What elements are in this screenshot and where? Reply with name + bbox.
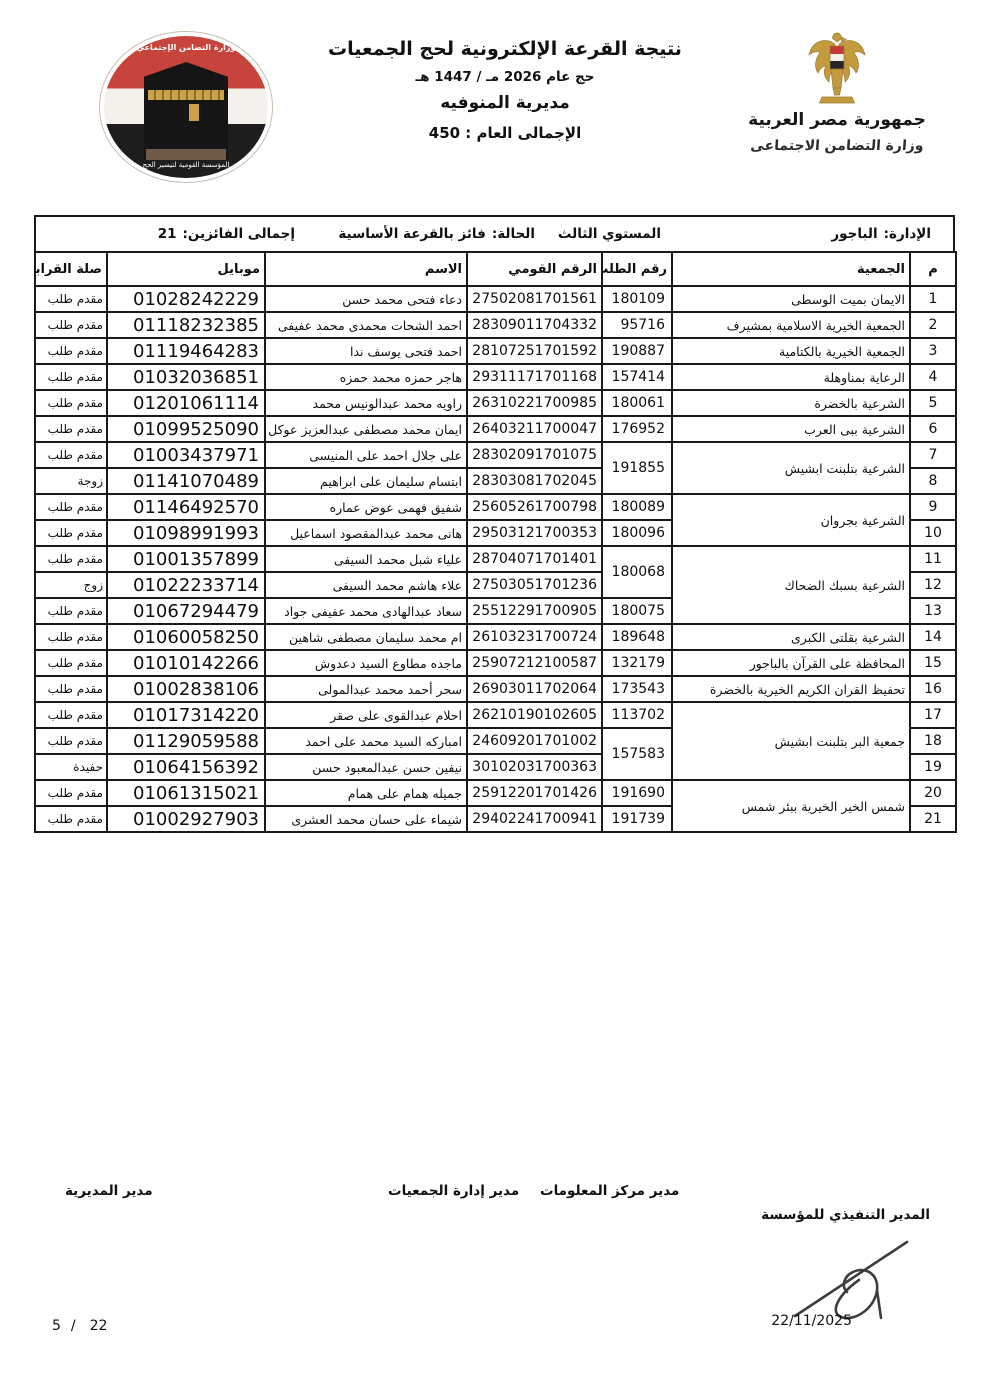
- winners-value: 21: [158, 217, 177, 251]
- name-cell: احمد فتحى يوسف ندا: [265, 338, 467, 364]
- national-id-cell: 27502081701561: [467, 286, 602, 312]
- relation-cell: مقدم طلب: [35, 338, 107, 364]
- page-number: 5: [52, 1318, 61, 1334]
- signature-associations-manager: مدير إدارة الجمعيات: [388, 1183, 519, 1199]
- association-cell: الشرعية بتلبنت ابشيش: [672, 442, 910, 494]
- signature-executive-director: المدير التنفيذي للمؤسسة: [761, 1207, 930, 1223]
- mobile-cell: 01028242229: [107, 286, 265, 312]
- request-number-cell: 180075: [602, 598, 672, 624]
- header-serial: م: [910, 252, 956, 286]
- mobile-cell: 01003437971: [107, 442, 265, 468]
- header-titles: نتيجة القرعة الإلكترونية لحج الجمعيات حج…: [280, 38, 730, 142]
- handwritten-signature: [789, 1228, 917, 1323]
- national-id-cell: 28107251701592: [467, 338, 602, 364]
- national-id-cell: 26210190102605: [467, 702, 602, 728]
- national-id-cell: 25512291700905: [467, 598, 602, 624]
- relation-cell: مقدم طلب: [35, 806, 107, 832]
- name-cell: احلام عبدالقوى على صقر: [265, 702, 467, 728]
- mobile-cell: 01001357899: [107, 546, 265, 572]
- request-number-cell: 190887: [602, 338, 672, 364]
- mobile-cell: 01022233714: [107, 572, 265, 598]
- mobile-cell: 01099525090: [107, 416, 265, 442]
- level-field: المستوي الثالث: [558, 217, 661, 251]
- table-row: 17جمعية البر بتلبنت ابشيش113702262101901…: [35, 702, 956, 728]
- page-indicator: 5/22: [52, 1318, 107, 1334]
- name-cell: ابتسام سليمان على ابراهيم: [265, 468, 467, 494]
- ministry-oval-logo: وزارة التضامن الإجتماعي المؤسسة القومية …: [100, 32, 272, 182]
- relation-cell: مقدم طلب: [35, 598, 107, 624]
- status-label: الحالة:: [492, 226, 535, 242]
- national-id-cell: 26103231700724: [467, 624, 602, 650]
- name-cell: احمد الشحات محمدى محمد عفيفى: [265, 312, 467, 338]
- serial-cell: 17: [910, 702, 956, 728]
- name-cell: شيماء على حسان محمد العشرى: [265, 806, 467, 832]
- eagle-of-egypt-icon: [805, 28, 869, 106]
- header-national-id: الرقم القومي: [467, 252, 602, 286]
- request-number-cell: 191690: [602, 780, 672, 806]
- request-number-cell: 113702: [602, 702, 672, 728]
- lottery-result-page: وزارة التضامن الإجتماعي المؤسسة القومية …: [0, 0, 990, 1400]
- table-row: 5الشرعية بالخضرة18006126310221700985راوي…: [35, 390, 956, 416]
- mobile-cell: 01119464283: [107, 338, 265, 364]
- national-id-cell: 24609201701002: [467, 728, 602, 754]
- name-cell: امباركه السيد محمد على احمد: [265, 728, 467, 754]
- request-number-cell: 95716: [602, 312, 672, 338]
- name-cell: علاء هاشم محمد السيفى: [265, 572, 467, 598]
- kaaba-gold-band: [148, 90, 224, 100]
- national-id-cell: 27503051701236: [467, 572, 602, 598]
- association-cell: الرعاية بمناوهلة: [672, 364, 910, 390]
- table-row: 7الشرعية بتلبنت ابشيش1918552830209170107…: [35, 442, 956, 468]
- table-row: 6الشرعية ببى العرب17695226403211700047اي…: [35, 416, 956, 442]
- mobile-cell: 01201061114: [107, 390, 265, 416]
- oval-logo-top-text: وزارة التضامن الإجتماعي: [104, 43, 268, 52]
- mobile-cell: 01060058250: [107, 624, 265, 650]
- national-id-cell: 25912201701426: [467, 780, 602, 806]
- national-id-cell: 29402241700941: [467, 806, 602, 832]
- relation-cell: مقدم طلب: [35, 416, 107, 442]
- relation-cell: زوج: [35, 572, 107, 598]
- table-row: 11الشرعية بسبك الضحاك1800682870407170140…: [35, 546, 956, 572]
- mobile-cell: 01064156392: [107, 754, 265, 780]
- request-number-cell: 176952: [602, 416, 672, 442]
- mobile-cell: 01002927903: [107, 806, 265, 832]
- page-title: نتيجة القرعة الإلكترونية لحج الجمعيات: [280, 38, 730, 60]
- kaaba-icon: [144, 62, 228, 160]
- grand-total: الإجمالى العام : 450: [280, 124, 730, 142]
- table-row: 16تحفيظ القران الكريم الخيرية بالخضرة173…: [35, 676, 956, 702]
- mobile-cell: 01098991993: [107, 520, 265, 546]
- relation-cell: مقدم طلب: [35, 364, 107, 390]
- table-header-row: م الجمعية رقم الطلب الرقم القومي الاسم م…: [35, 252, 956, 286]
- national-id-cell: 29311171701168: [467, 364, 602, 390]
- request-number-cell: 191855: [602, 442, 672, 494]
- national-id-cell: 29503121700353: [467, 520, 602, 546]
- table-row: 14الشرعية بقلتى الكبرى189648261032317007…: [35, 624, 956, 650]
- header-name: الاسم: [265, 252, 467, 286]
- national-id-cell: 30102031700363: [467, 754, 602, 780]
- winners-label: إجمالى الفائزين:: [183, 226, 295, 242]
- national-id-cell: 26903011702064: [467, 676, 602, 702]
- kaaba-door: [189, 104, 199, 121]
- name-cell: شفيق فهمى عوض عماره: [265, 494, 467, 520]
- relation-cell: مقدم طلب: [35, 702, 107, 728]
- page-separator: /: [71, 1318, 76, 1334]
- name-cell: سعاد عبدالهادى محمد عفيفى جواد: [265, 598, 467, 624]
- table-row: 20شمس الخير الخيرية ببئر شمس191690259122…: [35, 780, 956, 806]
- name-cell: جميله همام على همام: [265, 780, 467, 806]
- name-cell: على جلال احمد على المنيسى: [265, 442, 467, 468]
- serial-cell: 13: [910, 598, 956, 624]
- serial-cell: 9: [910, 494, 956, 520]
- serial-cell: 2: [910, 312, 956, 338]
- table-row: 2الجمعية الخيرية الاسلامية بمشيرف9571628…: [35, 312, 956, 338]
- serial-cell: 8: [910, 468, 956, 494]
- serial-cell: 21: [910, 806, 956, 832]
- national-id-cell: 28704071701401: [467, 546, 602, 572]
- header-relation: صلة القرابه: [35, 252, 107, 286]
- relation-cell: مقدم طلب: [35, 780, 107, 806]
- request-number-cell: 132179: [602, 650, 672, 676]
- name-cell: هاجر حمزه محمد حمزه: [265, 364, 467, 390]
- winners-table: م الجمعية رقم الطلب الرقم القومي الاسم م…: [34, 251, 957, 833]
- name-cell: ام محمد سليمان مصطفى شاهين: [265, 624, 467, 650]
- association-cell: الشرعية ببى العرب: [672, 416, 910, 442]
- request-number-cell: 157414: [602, 364, 672, 390]
- relation-cell: مقدم طلب: [35, 442, 107, 468]
- signature-directorate-manager: مدير المديرية: [65, 1183, 153, 1199]
- info-bar: الإدارة:الباجور المستوي الثالث الحالة:فا…: [34, 215, 955, 253]
- admin-field: الإدارة:الباجور: [878, 217, 931, 251]
- relation-cell: مقدم طلب: [35, 676, 107, 702]
- country-name: جمهورية مصر العربية: [732, 110, 942, 130]
- winners-total-field: إجمالى الفائزين:21: [177, 217, 295, 251]
- admin-label: الإدارة:: [884, 226, 931, 242]
- request-number-cell: 180096: [602, 520, 672, 546]
- table-row: 9الشرعية بجروان18008925605261700798شفيق …: [35, 494, 956, 520]
- table-row: 15المحافظة على القرآن بالباجور1321792590…: [35, 650, 956, 676]
- mobile-cell: 01002838106: [107, 676, 265, 702]
- request-number-cell: 180068: [602, 546, 672, 598]
- header-association: الجمعية: [672, 252, 910, 286]
- mobile-cell: 01118232385: [107, 312, 265, 338]
- relation-cell: مقدم طلب: [35, 650, 107, 676]
- mobile-cell: 01017314220: [107, 702, 265, 728]
- association-cell: جمعية البر بتلبنت ابشيش: [672, 702, 910, 780]
- oval-logo-bottom-text: المؤسسة القومية لتيسير الحج: [104, 161, 268, 169]
- serial-cell: 1: [910, 286, 956, 312]
- republic-logo: جمهورية مصر العربية وزارة التضامن الاجتم…: [732, 28, 942, 154]
- mobile-cell: 01032036851: [107, 364, 265, 390]
- name-cell: علياء شبل محمد السيفى: [265, 546, 467, 572]
- association-cell: الايمان بميت الوسطى: [672, 286, 910, 312]
- request-number-cell: 180109: [602, 286, 672, 312]
- header-mobile: موبايل: [107, 252, 265, 286]
- name-cell: نيفين حسن عبدالمعبود حسن: [265, 754, 467, 780]
- name-cell: هانى محمد عبدالمقصود اسماعيل: [265, 520, 467, 546]
- national-id-cell: 28309011704332: [467, 312, 602, 338]
- serial-cell: 15: [910, 650, 956, 676]
- association-cell: تحفيظ القران الكريم الخيرية بالخضرة: [672, 676, 910, 702]
- serial-cell: 12: [910, 572, 956, 598]
- relation-cell: مقدم طلب: [35, 286, 107, 312]
- mobile-cell: 01141070489: [107, 468, 265, 494]
- name-cell: دعاء فتحى محمد حسن: [265, 286, 467, 312]
- association-cell: الجمعية الخيرية بالكتامية: [672, 338, 910, 364]
- serial-cell: 16: [910, 676, 956, 702]
- name-cell: راويه محمد عبدالونيس محمد: [265, 390, 467, 416]
- mobile-cell: 01061315021: [107, 780, 265, 806]
- national-id-cell: 28302091701075: [467, 442, 602, 468]
- admin-value: الباجور: [831, 217, 877, 251]
- association-cell: الشرعية بسبك الضحاك: [672, 546, 910, 624]
- print-date: 22/11/2025: [771, 1313, 852, 1329]
- serial-cell: 10: [910, 520, 956, 546]
- header-request-number: رقم الطلب: [602, 252, 672, 286]
- kaaba-base: [146, 149, 226, 160]
- request-number-cell: 189648: [602, 624, 672, 650]
- table-row: 1الايمان بميت الوسطى18010927502081701561…: [35, 286, 956, 312]
- ministry-name-calligraphy: وزارة التضامن الاجتماعى: [731, 138, 942, 154]
- relation-cell: مقدم طلب: [35, 312, 107, 338]
- national-id-cell: 26403211700047: [467, 416, 602, 442]
- relation-cell: زوجة: [35, 468, 107, 494]
- hajj-year-subtitle: حج عام 2026 مـ / 1447 هـ: [280, 69, 730, 85]
- mobile-cell: 01129059588: [107, 728, 265, 754]
- name-cell: ايمان محمد مصطفى عبدالعزيز عوكل: [265, 416, 467, 442]
- serial-cell: 18: [910, 728, 956, 754]
- relation-cell: مقدم طلب: [35, 520, 107, 546]
- national-id-cell: 25907212100587: [467, 650, 602, 676]
- relation-cell: مقدم طلب: [35, 390, 107, 416]
- association-cell: شمس الخير الخيرية ببئر شمس: [672, 780, 910, 832]
- total-pages: 22: [90, 1318, 108, 1334]
- association-cell: الشرعية بالخضرة: [672, 390, 910, 416]
- request-number-cell: 191739: [602, 806, 672, 832]
- status-value: فائز بالقرعة الأساسية: [338, 217, 486, 251]
- national-id-cell: 25605261700798: [467, 494, 602, 520]
- name-cell: ماجده مطاوع السيد دعدوش: [265, 650, 467, 676]
- status-field: الحالة:فائز بالقرعة الأساسية: [486, 217, 535, 251]
- serial-cell: 11: [910, 546, 956, 572]
- request-number-cell: 180061: [602, 390, 672, 416]
- national-id-cell: 26310221700985: [467, 390, 602, 416]
- table-row: 4الرعاية بمناوهلة15741429311171701168هاج…: [35, 364, 956, 390]
- serial-cell: 3: [910, 338, 956, 364]
- relation-cell: مقدم طلب: [35, 624, 107, 650]
- serial-cell: 7: [910, 442, 956, 468]
- relation-cell: مقدم طلب: [35, 494, 107, 520]
- name-cell: سحر أحمد محمد عبدالمولى: [265, 676, 467, 702]
- relation-cell: مقدم طلب: [35, 728, 107, 754]
- mobile-cell: 01067294479: [107, 598, 265, 624]
- association-cell: الشرعية بقلتى الكبرى: [672, 624, 910, 650]
- national-id-cell: 28303081702045: [467, 468, 602, 494]
- kaaba-body: [144, 62, 228, 160]
- association-cell: الشرعية بجروان: [672, 494, 910, 546]
- signature-info-center-manager: مدير مركز المعلومات: [540, 1183, 679, 1199]
- serial-cell: 6: [910, 416, 956, 442]
- request-number-cell: 157583: [602, 728, 672, 780]
- association-cell: الجمعية الخيرية الاسلامية بمشيرف: [672, 312, 910, 338]
- mobile-cell: 01010142266: [107, 650, 265, 676]
- serial-cell: 19: [910, 754, 956, 780]
- relation-cell: حفيدة: [35, 754, 107, 780]
- serial-cell: 14: [910, 624, 956, 650]
- association-cell: المحافظة على القرآن بالباجور: [672, 650, 910, 676]
- table-row: 3الجمعية الخيرية بالكتامية19088728107251…: [35, 338, 956, 364]
- flag-shield: [830, 46, 844, 69]
- serial-cell: 20: [910, 780, 956, 806]
- relation-cell: مقدم طلب: [35, 546, 107, 572]
- serial-cell: 5: [910, 390, 956, 416]
- serial-cell: 4: [910, 364, 956, 390]
- directorate-title: مديرية المنوفيه: [280, 93, 730, 113]
- request-number-cell: 173543: [602, 676, 672, 702]
- request-number-cell: 180089: [602, 494, 672, 520]
- mobile-cell: 01146492570: [107, 494, 265, 520]
